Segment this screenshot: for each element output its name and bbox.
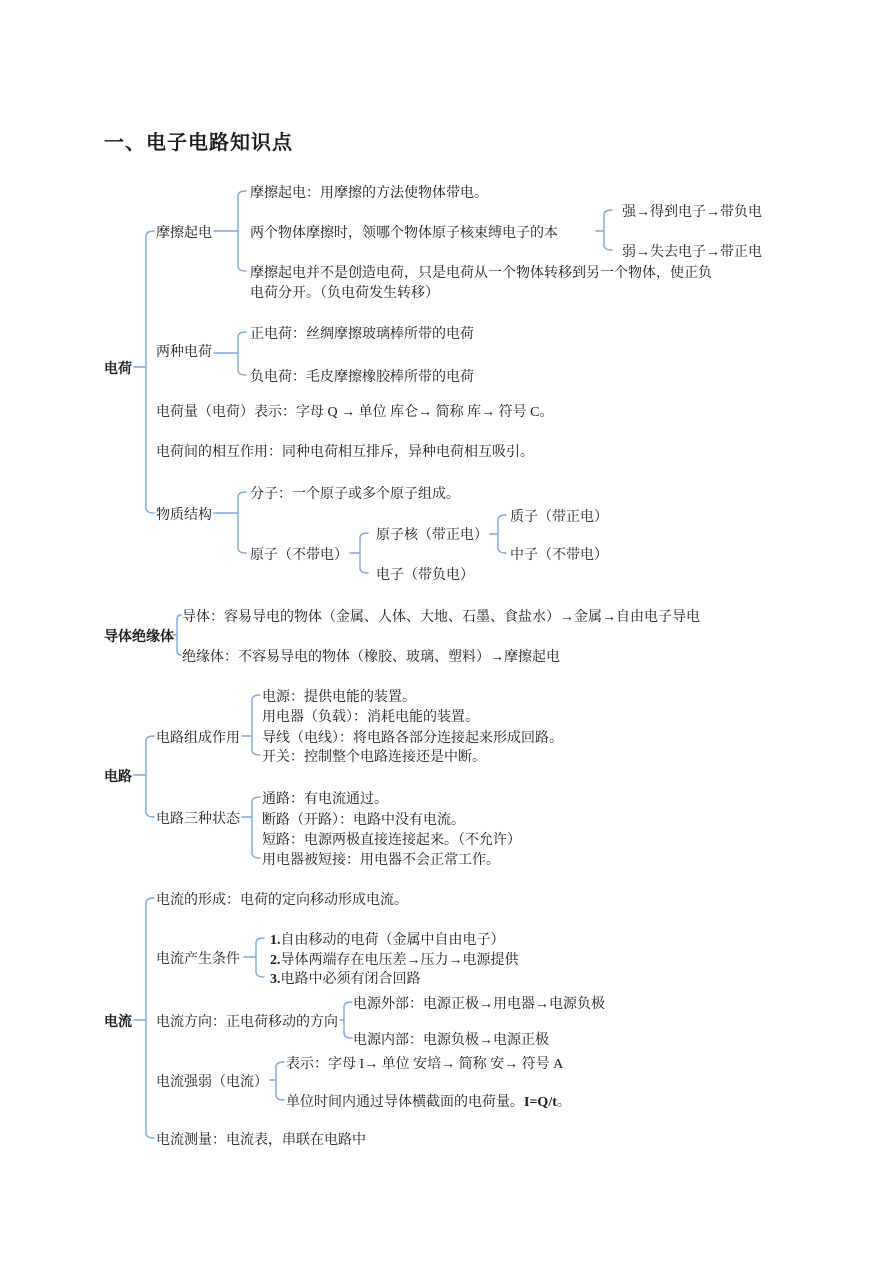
- friction-definition: 摩擦起电：用摩擦的方法使物体带电。: [250, 184, 488, 204]
- power-source: 电源：提供电能的装置。: [262, 688, 416, 708]
- node-circuit-states: 电路三种状态: [156, 810, 240, 830]
- bracket-nucleus: [490, 515, 506, 553]
- bracket-strength: [270, 1062, 284, 1100]
- bracket-structure: [214, 492, 246, 553]
- molecule: 分子：一个原子或多个原子组成。: [250, 485, 460, 505]
- negative-charge: 负电荷：毛皮摩擦橡胶棒所带的电荷: [250, 368, 474, 388]
- node-charge: 电荷: [104, 360, 132, 380]
- node-circuit: 电路: [104, 768, 132, 788]
- friction-weak-result: 弱→失去电子→带正电: [622, 243, 762, 263]
- friction-transfer-line2: 电荷分开。（负电荷发生转移）: [250, 284, 439, 304]
- node-friction-charging: 摩擦起电: [156, 224, 212, 244]
- condition-2: 2.导体两端存在电压差→压力→电源提供: [270, 951, 519, 971]
- condition-1: 1.自由移动的电荷（金属中自由电子）: [270, 931, 505, 951]
- current-notation: 表示：字母 I→ 单位 安培→ 简称 安→ 符号 A: [286, 1055, 563, 1075]
- friction-rubbing: 两个物体摩擦时，领哪个物体原子核束缚电子的本: [250, 224, 558, 244]
- shorted-load: 用电器被短接：用电器不会正常工作。: [262, 851, 500, 871]
- condition-3-number: 3.: [270, 972, 281, 987]
- proton: 质子（带正电）: [510, 508, 608, 528]
- bracket-states: [242, 797, 260, 858]
- node-circuit-composition: 电路组成作用: [156, 729, 240, 749]
- node-current-conditions: 电流产生条件: [156, 950, 240, 970]
- condition-2-number: 2.: [270, 953, 281, 968]
- atom: 原子（不带电）: [250, 546, 348, 566]
- charge-quantity: 电荷量（电荷）表示：字母 Q → 单位 库仑→ 简称 库→ 符号 C。: [156, 403, 553, 423]
- condition-2-text: 导体两端存在电压差→压力→电源提供: [281, 953, 519, 968]
- electrical-load: 用电器（负载）：消耗电能的装置。: [262, 708, 479, 728]
- node-current: 电流: [104, 1013, 132, 1033]
- current-formation: 电流的形成：电荷的定向移动形成电流。: [156, 891, 408, 911]
- insulator-definition: 绝缘体：不容易导电的物体（橡胶、玻璃、塑料）→摩擦起电: [182, 648, 560, 668]
- bracket-atom: [350, 533, 368, 573]
- bracket-current: [134, 898, 154, 1138]
- short-circuit: 短路：电源两极直接连接起来。（不允许）: [262, 831, 521, 851]
- node-matter-structure: 物质结构: [156, 506, 212, 526]
- open-circuit: 断路（开路）：电路中没有电流。: [262, 811, 465, 831]
- positive-charge: 正电荷：丝绸摩擦玻璃棒所带的电荷: [250, 325, 474, 345]
- bracket-circuit: [134, 736, 154, 817]
- page-title: 一、电子电路知识点: [104, 126, 293, 155]
- charge-interaction: 电荷间的相互作用：同种电荷相互排斥，异种电荷相互吸引。: [156, 443, 534, 463]
- direction-external: 电源外部：电源正极→用电器→电源负极: [353, 995, 605, 1015]
- node-two-kinds-of-charge: 两种电荷: [156, 343, 212, 363]
- current-definition-line: 单位时间内通过导体横截面的电荷量。I=Q/t。: [286, 1093, 571, 1113]
- condition-1-text: 自由移动的电荷（金属中自由电子）: [281, 933, 505, 948]
- friction-strong-result: 强→得到电子→带负电: [622, 203, 762, 223]
- document-page: 一、电子电路知识点 电荷 摩擦起电 摩擦起电：用摩擦的方法使物体带电。 两个物体…: [0, 0, 892, 1262]
- closed-circuit: 通路：有电流通过。: [262, 790, 388, 810]
- bracket-composition: [242, 695, 260, 755]
- bracket-charge: [134, 231, 154, 513]
- conductor-definition: 导体：容易导电的物体（金属、人体、大地、石墨、食盐水）→金属→自由电子导电: [182, 608, 700, 628]
- bracket-conductors: [173, 615, 181, 655]
- condition-3: 3.电路中必须有闭合回路: [270, 970, 421, 990]
- node-conductors-insulators: 导体绝缘体: [104, 628, 174, 648]
- friction-transfer-line1: 摩擦起电并不是创造电荷，只是电荷从一个物体转移到另一个物体，使正负: [250, 264, 712, 284]
- condition-1-number: 1.: [270, 933, 281, 948]
- condition-3-text: 电路中必须有闭合回路: [281, 972, 421, 987]
- current-definition-text: 单位时间内通过导体横截面的电荷量。: [286, 1095, 524, 1110]
- wire: 导线（电线）：将电路各部分连接起来形成回路。: [262, 729, 563, 749]
- current-formula: I=Q/t: [524, 1095, 557, 1110]
- node-current-direction: 电流方向：正电荷移动的方向: [156, 1013, 338, 1033]
- node-current-strength: 电流强弱（电流）: [156, 1073, 268, 1093]
- switch: 开关：控制整个电路连接还是中断。: [262, 748, 486, 768]
- nucleus: 原子核（带正电）: [376, 526, 488, 546]
- bracket-conditions: [244, 938, 264, 977]
- electron: 电子（带负电）: [376, 566, 474, 586]
- neutron: 中子（不带电）: [510, 546, 608, 566]
- bracket-friction: [214, 191, 246, 271]
- bracket-two-kinds: [214, 332, 246, 375]
- bracket-rubbing-result: [596, 210, 612, 250]
- current-measurement: 电流测量：电流表，串联在电路中: [156, 1131, 366, 1151]
- bracket-direction: [340, 1002, 352, 1038]
- direction-internal: 电源内部：电源负极→电源正极: [353, 1031, 549, 1051]
- current-formula-period: 。: [557, 1095, 571, 1110]
